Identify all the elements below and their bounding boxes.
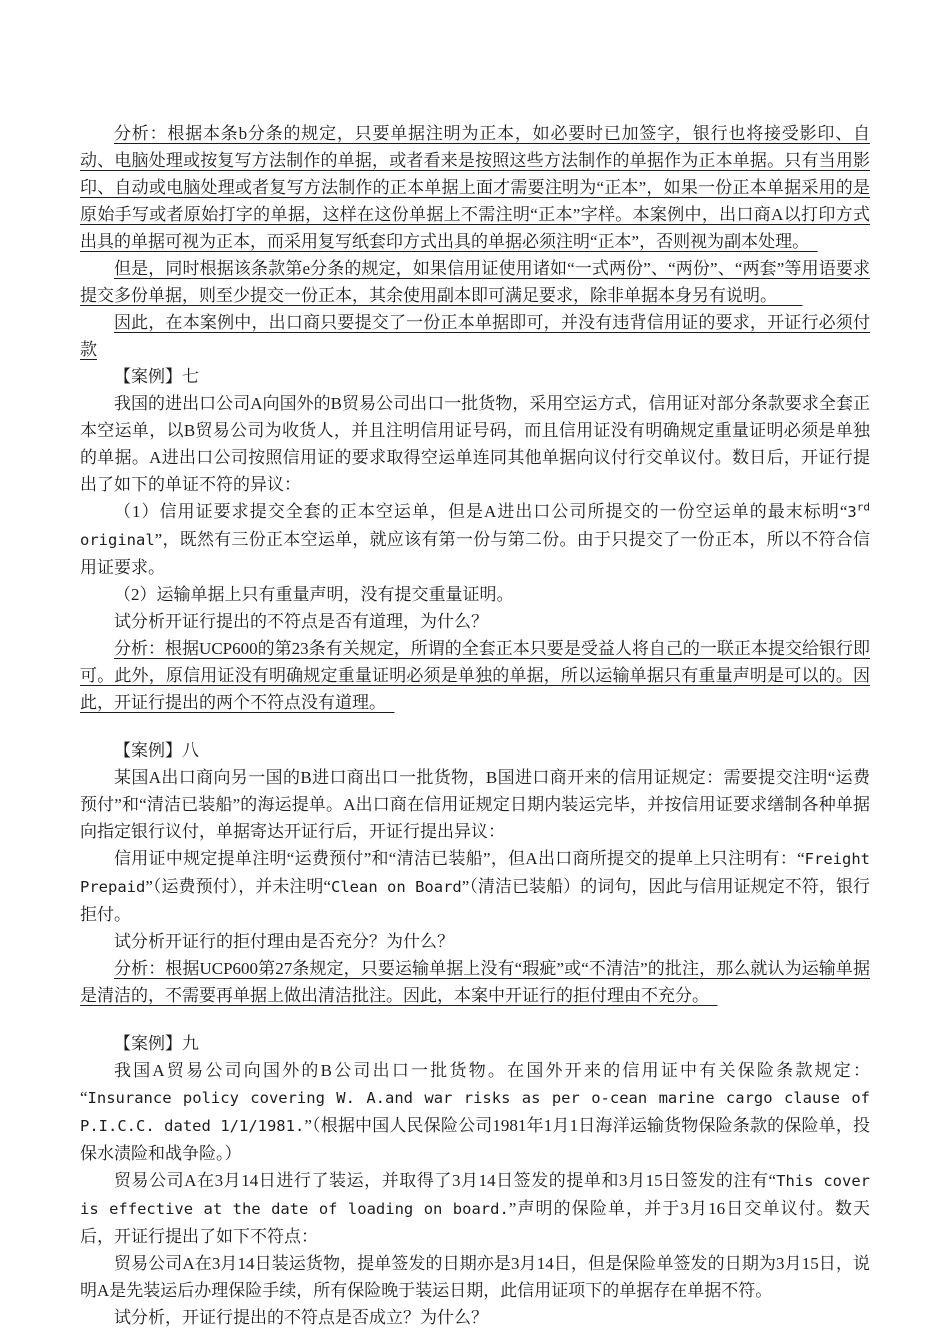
- case8-objection-latin-run: Clean on Board: [331, 878, 462, 896]
- case7: 【案例】七我国的进出口公司A向国外的B贸易公司出口一批货物，采用空运方式，信用证…: [80, 363, 870, 716]
- case9-discrepancy-text-run: 贸易公司A在3月14日装运货物，提单签发的日期亦是3月14日，但是保险单签发的日…: [80, 1254, 870, 1300]
- case8-question: 试分析开证行的拒付理由是否充分？为什么？: [80, 928, 870, 955]
- case8-intro: 某国A出口商向另一国的B进口商出口一批货物，B国进口商开来的信用证规定：需要提交…: [80, 764, 870, 845]
- case8-objection: 信用证中规定提单注明“运费预付”和“清洁已装船”，但A出口商所提交的提单上只注明…: [80, 845, 870, 928]
- case8-analysis-text-run: 分析：根据UCP600第27条规定，只要运输单据上没有“瑕疵”或“不清洁”的批注…: [80, 959, 870, 1005]
- case9-heading: 【案例】九: [80, 1030, 870, 1057]
- analysis-clause-b: 分析：根据本条b分条的规定，只要单据注明为正本，如必要时已加签字，银行也将接受影…: [80, 120, 870, 255]
- case9-shipment: 贸易公司A在3月14日进行了装运，并取得了3月14日签发的提单和3月15日签发的…: [80, 1167, 870, 1250]
- case7-question: 试分析开证行提出的不符点是否有道理，为什么？: [80, 608, 870, 635]
- analysis-clause-b-text-run: 分析：根据本条b分条的规定，只要单据注明为正本，如必要时已加签字，银行也将接受影…: [80, 124, 870, 251]
- case7-heading: 【案例】七: [80, 363, 870, 390]
- case7-analysis-text-run: 分析：根据UCP600的第23条有关规定，所谓的全套正本只要是受益人将自己的一联…: [80, 639, 870, 712]
- analysis-conclusion: 因此，在本案例中，出口商只要提交了一份正本单据即可，并没有违背信用证的要求，开证…: [80, 309, 870, 363]
- analysis-clause-e-text-run: 但是，同时根据该条款第e分条的规定，如果信用证使用诸如“一式两份”、“两份”、“…: [80, 259, 870, 305]
- case7-heading-text-run: 【案例】七: [114, 367, 199, 386]
- analysis-conclusion-text-run: 因此，在本案例中，出口商只要提交了一份正本单据即可，并没有违背信用证的要求，开证…: [80, 313, 870, 359]
- case7-analysis-underline-tail: [378, 693, 395, 712]
- case7-discrepancy-1-text-run: ”，既然有三份正本空运单，就应该有第一份与第二份。由于只提交了一份正本，所以不符…: [80, 530, 870, 577]
- case9-intro: 我国A贸易公司向国外的B公司出口一批货物。在国外开来的信用证中有关保险条款规定：…: [80, 1057, 870, 1167]
- case7-discrepancy-2: （2）运输单据上只有重量声明，没有提交重量证明。: [80, 581, 870, 608]
- case9-heading-text-run: 【案例】九: [114, 1034, 199, 1053]
- case7-discrepancy-1: （1）信用证要求提交全套的正本空运单，但是A进出口公司所提交的一份空运单的最末标…: [80, 498, 870, 581]
- case8-objection-text-run: 信用证中规定提单注明“运费预付”和“清洁已装船”，但A出口商所提交的提单上只注明…: [114, 849, 805, 868]
- case8-heading-text-run: 【案例】八: [114, 741, 199, 760]
- case7-discrepancy-1-latin-run: rd: [857, 500, 870, 513]
- document-page: 分析：根据本条b分条的规定，只要单据注明为正本，如必要时已加签字，银行也将接受影…: [0, 0, 950, 1344]
- analysis-clause-e-underline-tail: [769, 286, 803, 305]
- case9-discrepancy: 贸易公司A在3月14日装运货物，提单签发的日期亦是3月14日，但是保险单签发的日…: [80, 1250, 870, 1304]
- analysis-clause-e: 但是，同时根据该条款第e分条的规定，如果信用证使用诸如“一式两份”、“两份”、“…: [80, 255, 870, 309]
- case7-intro-text-run: 我国的进出口公司A向国外的B贸易公司出口一批货物，采用空运方式，信用证对部分条款…: [80, 394, 870, 494]
- case6-analysis: 分析：根据本条b分条的规定，只要单据注明为正本，如必要时已加签字，银行也将接受影…: [80, 120, 870, 363]
- document-content: 分析：根据本条b分条的规定，只要单据注明为正本，如必要时已加签字，银行也将接受影…: [80, 120, 870, 1331]
- case8-analysis: 分析：根据UCP600第27条规定，只要运输单据上没有“瑕疵”或“不清洁”的批注…: [80, 955, 870, 1009]
- case7-intro: 我国的进出口公司A向国外的B贸易公司出口一批货物，采用空运方式，信用证对部分条款…: [80, 390, 870, 498]
- case7-discrepancy-1-latin-run: 3: [847, 503, 856, 521]
- case8-intro-text-run: 某国A出口商向另一国的B进口商出口一批货物，B国进口商开来的信用证规定：需要提交…: [80, 768, 870, 841]
- case7-analysis: 分析：根据UCP600的第23条有关规定，所谓的全套正本只要是受益人将自己的一联…: [80, 635, 870, 716]
- case7-discrepancy-1-text-run: （1）信用证要求提交全套的正本空运单，但是A进出口公司所提交的一份空运单的最末标…: [114, 502, 847, 521]
- analysis-clause-b-underline-tail: [801, 232, 818, 251]
- case7-discrepancy-1-latin-run: original: [80, 531, 155, 549]
- case7-discrepancy-2-text-run: （2）运输单据上只有重量声明，没有提交重量证明。: [114, 585, 514, 604]
- case8-question-text-run: 试分析开证行的拒付理由是否充分？为什么？: [114, 932, 454, 951]
- case9-question: 试分析，开证行提出的不符点是否成立？为什么？: [80, 1304, 870, 1331]
- case8-objection-text-run: ”（运费预付），并未注明“: [145, 877, 331, 896]
- case9: 【案例】九我国A贸易公司向国外的B公司出口一批货物。在国外开来的信用证中有关保险…: [80, 1030, 870, 1331]
- case7-question-text-run: 试分析开证行提出的不符点是否有道理，为什么？: [114, 612, 488, 631]
- case8-analysis-underline-tail: [701, 986, 718, 1005]
- case9-shipment-text-run: 贸易公司A在3月14日进行了装运，并取得了3月14日签发的提单和3月15日签发的…: [114, 1171, 776, 1190]
- case8: 【案例】八某国A出口商向另一国的B进口商出口一批货物，B国进口商开来的信用证规定…: [80, 737, 870, 1009]
- case8-heading: 【案例】八: [80, 737, 870, 764]
- case9-question-text-run: 试分析，开证行提出的不符点是否成立？为什么？: [114, 1308, 488, 1327]
